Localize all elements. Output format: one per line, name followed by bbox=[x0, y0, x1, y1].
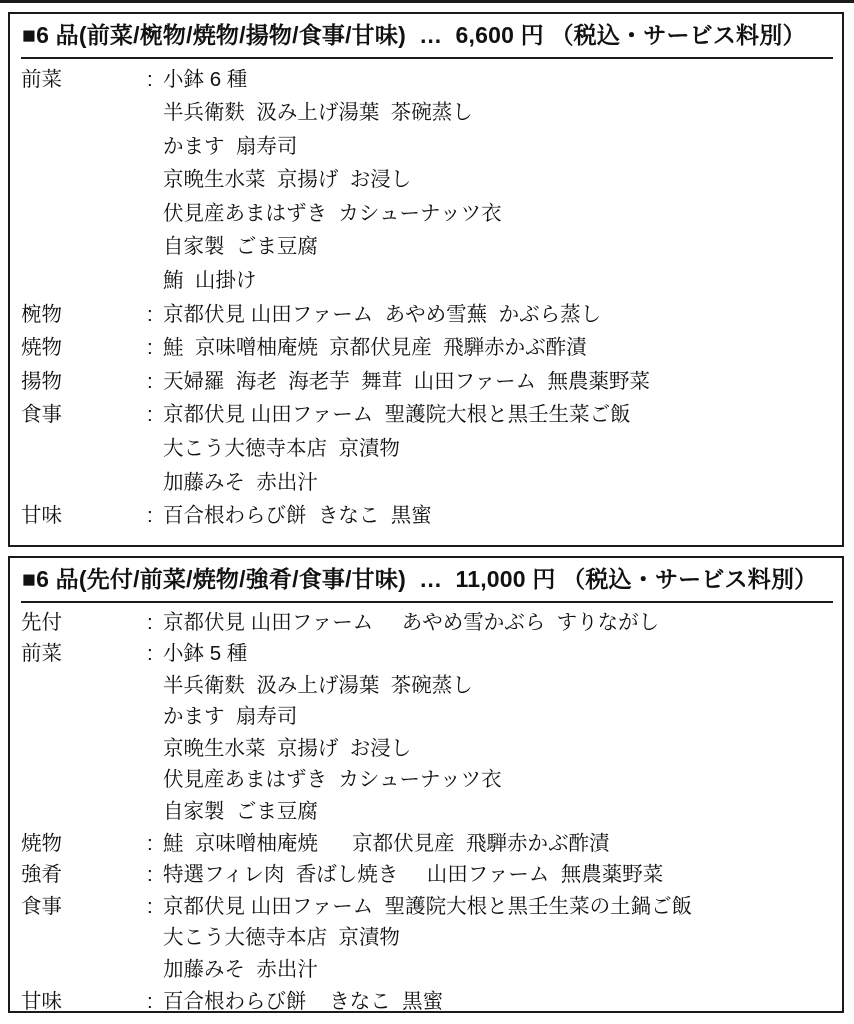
course-label: 前菜 bbox=[21, 638, 147, 670]
colon-separator: : bbox=[147, 607, 163, 639]
colon-separator: : bbox=[147, 859, 163, 891]
menu-line: 伏見産あまはずき カシューナッツ衣 bbox=[163, 764, 833, 796]
course-lines: 百合根わらび餅 きなこ 黒蜜 bbox=[163, 986, 833, 1018]
course-lines: 京都伏見 山田ファーム 聖護院大根と黒壬生菜の土鍋ご飯大こう大徳寺本店 京漬物加… bbox=[163, 891, 833, 986]
menu-line: 大こう大徳寺本店 京漬物 bbox=[163, 432, 833, 466]
colon-separator: : bbox=[147, 63, 163, 97]
menu-row: 食事:京都伏見 山田ファーム 聖護院大根と黒壬生菜ご飯大こう大徳寺本店 京漬物加… bbox=[21, 398, 833, 499]
menu-line: 半兵衛麩 汲み上げ湯葉 茶碗蒸し bbox=[163, 96, 833, 130]
menu-row: 椀物:京都伏見 山田ファーム あやめ雪蕪 かぶら蒸し bbox=[21, 298, 833, 332]
top-border-rule bbox=[0, 0, 854, 3]
course-label: 前菜 bbox=[21, 63, 147, 97]
menu-line: 加藤みそ 赤出汁 bbox=[163, 466, 833, 500]
menu-line: 京晩生水菜 京揚げ お浸し bbox=[163, 733, 833, 765]
menu-line: 小鉢 6 種 bbox=[163, 63, 833, 97]
course-lines: 特選フィレ肉 香ばし焼き 山田ファーム 無農薬野菜 bbox=[163, 859, 833, 891]
course-label: 揚物 bbox=[21, 365, 147, 399]
colon-separator: : bbox=[147, 298, 163, 332]
menu-line: 特選フィレ肉 香ばし焼き 山田ファーム 無農薬野菜 bbox=[163, 859, 833, 891]
menu-line: 京都伏見 山田ファーム 聖護院大根と黒壬生菜の土鍋ご飯 bbox=[163, 891, 833, 923]
course-lines: 小鉢 5 種半兵衛麩 汲み上げ湯葉 茶碗蒸しかます 扇寿司京晩生水菜 京揚げ お… bbox=[163, 638, 833, 828]
menu-section-6600yen: ■6 品(前菜/椀物/焼物/揚物/食事/甘味) … 6,600 円 （税込・サー… bbox=[8, 12, 844, 547]
menu-header-6600yen: ■6 品(前菜/椀物/焼物/揚物/食事/甘味) … 6,600 円 （税込・サー… bbox=[21, 14, 833, 59]
course-label: 食事 bbox=[21, 891, 147, 923]
menu-line: かます 扇寿司 bbox=[163, 701, 833, 733]
course-lines: 京都伏見 山田ファーム 聖護院大根と黒壬生菜ご飯大こう大徳寺本店 京漬物加藤みそ… bbox=[163, 398, 833, 499]
menu-line: 自家製 ごま豆腐 bbox=[163, 230, 833, 264]
menu-row: 甘味:百合根わらび餅 きなこ 黒蜜 bbox=[21, 499, 833, 533]
menu-line: 加藤みそ 赤出汁 bbox=[163, 954, 833, 986]
menu-row: 焼物:鮭 京味噌柚庵焼 京都伏見産 飛騨赤かぶ酢漬 bbox=[21, 331, 833, 365]
menu-row: 前菜:小鉢 5 種半兵衛麩 汲み上げ湯葉 茶碗蒸しかます 扇寿司京晩生水菜 京揚… bbox=[21, 638, 833, 828]
menu-line: 伏見産あまはずき カシューナッツ衣 bbox=[163, 197, 833, 231]
menu-line: 京晩生水菜 京揚げ お浸し bbox=[163, 163, 833, 197]
course-lines: 京都伏見 山田ファーム あやめ雪かぶら すりながし bbox=[163, 607, 833, 639]
menu-line: 百合根わらび餅 きなこ 黒蜜 bbox=[163, 986, 833, 1018]
course-lines: 京都伏見 山田ファーム あやめ雪蕪 かぶら蒸し bbox=[163, 298, 833, 332]
course-lines: 天婦羅 海老 海老芋 舞茸 山田ファーム 無農薬野菜 bbox=[163, 365, 833, 399]
menu-line: 天婦羅 海老 海老芋 舞茸 山田ファーム 無農薬野菜 bbox=[163, 365, 833, 399]
menu-row: 甘味:百合根わらび餅 きなこ 黒蜜 bbox=[21, 986, 833, 1018]
menu-line: 鮪 山掛け bbox=[163, 264, 833, 298]
course-label: 先付 bbox=[21, 607, 147, 639]
menu-line: 半兵衛麩 汲み上げ湯葉 茶碗蒸し bbox=[163, 670, 833, 702]
colon-separator: : bbox=[147, 365, 163, 399]
menu-rows-6600yen: 前菜:小鉢 6 種半兵衛麩 汲み上げ湯葉 茶碗蒸しかます 扇寿司京晩生水菜 京揚… bbox=[21, 59, 833, 533]
colon-separator: : bbox=[147, 891, 163, 923]
menu-line: 鮭 京味噌柚庵焼 京都伏見産 飛騨赤かぶ酢漬 bbox=[163, 828, 833, 860]
menu-rows-11000yen: 先付:京都伏見 山田ファーム あやめ雪かぶら すりながし前菜:小鉢 5 種半兵衛… bbox=[21, 603, 833, 1018]
colon-separator: : bbox=[147, 331, 163, 365]
course-label: 食事 bbox=[21, 398, 147, 432]
menu-line: 京都伏見 山田ファーム 聖護院大根と黒壬生菜ご飯 bbox=[163, 398, 833, 432]
menu-line: 鮭 京味噌柚庵焼 京都伏見産 飛騨赤かぶ酢漬 bbox=[163, 331, 833, 365]
colon-separator: : bbox=[147, 398, 163, 432]
course-lines: 鮭 京味噌柚庵焼 京都伏見産 飛騨赤かぶ酢漬 bbox=[163, 828, 833, 860]
menu-row: 強肴:特選フィレ肉 香ばし焼き 山田ファーム 無農薬野菜 bbox=[21, 859, 833, 891]
menu-section-11000yen: ■6 品(先付/前菜/焼物/強肴/食事/甘味) … 11,000 円 （税込・サ… bbox=[8, 556, 844, 1013]
menu-line: 自家製 ごま豆腐 bbox=[163, 796, 833, 828]
colon-separator: : bbox=[147, 499, 163, 533]
menu-line: 小鉢 5 種 bbox=[163, 638, 833, 670]
menu-row: 食事:京都伏見 山田ファーム 聖護院大根と黒壬生菜の土鍋ご飯大こう大徳寺本店 京… bbox=[21, 891, 833, 986]
colon-separator: : bbox=[147, 986, 163, 1018]
course-label: 焼物 bbox=[21, 331, 147, 365]
menu-line: 京都伏見 山田ファーム あやめ雪蕪 かぶら蒸し bbox=[163, 298, 833, 332]
menu-line: かます 扇寿司 bbox=[163, 130, 833, 164]
course-label: 強肴 bbox=[21, 859, 147, 891]
menu-line: 京都伏見 山田ファーム あやめ雪かぶら すりながし bbox=[163, 607, 833, 639]
course-label: 椀物 bbox=[21, 298, 147, 332]
course-lines: 小鉢 6 種半兵衛麩 汲み上げ湯葉 茶碗蒸しかます 扇寿司京晩生水菜 京揚げ お… bbox=[163, 63, 833, 298]
course-lines: 鮭 京味噌柚庵焼 京都伏見産 飛騨赤かぶ酢漬 bbox=[163, 331, 833, 365]
menu-document-page: ■6 品(前菜/椀物/焼物/揚物/食事/甘味) … 6,600 円 （税込・サー… bbox=[0, 0, 854, 1024]
menu-row: 前菜:小鉢 6 種半兵衛麩 汲み上げ湯葉 茶碗蒸しかます 扇寿司京晩生水菜 京揚… bbox=[21, 63, 833, 298]
colon-separator: : bbox=[147, 638, 163, 670]
menu-row: 焼物:鮭 京味噌柚庵焼 京都伏見産 飛騨赤かぶ酢漬 bbox=[21, 828, 833, 860]
menu-header-11000yen: ■6 品(先付/前菜/焼物/強肴/食事/甘味) … 11,000 円 （税込・サ… bbox=[21, 558, 833, 603]
menu-line: 大こう大徳寺本店 京漬物 bbox=[163, 922, 833, 954]
colon-separator: : bbox=[147, 828, 163, 860]
course-lines: 百合根わらび餅 きなこ 黒蜜 bbox=[163, 499, 833, 533]
course-label: 甘味 bbox=[21, 499, 147, 533]
course-label: 甘味 bbox=[21, 986, 147, 1018]
menu-row: 先付:京都伏見 山田ファーム あやめ雪かぶら すりながし bbox=[21, 607, 833, 639]
menu-line: 百合根わらび餅 きなこ 黒蜜 bbox=[163, 499, 833, 533]
course-label: 焼物 bbox=[21, 828, 147, 860]
menu-row: 揚物:天婦羅 海老 海老芋 舞茸 山田ファーム 無農薬野菜 bbox=[21, 365, 833, 399]
